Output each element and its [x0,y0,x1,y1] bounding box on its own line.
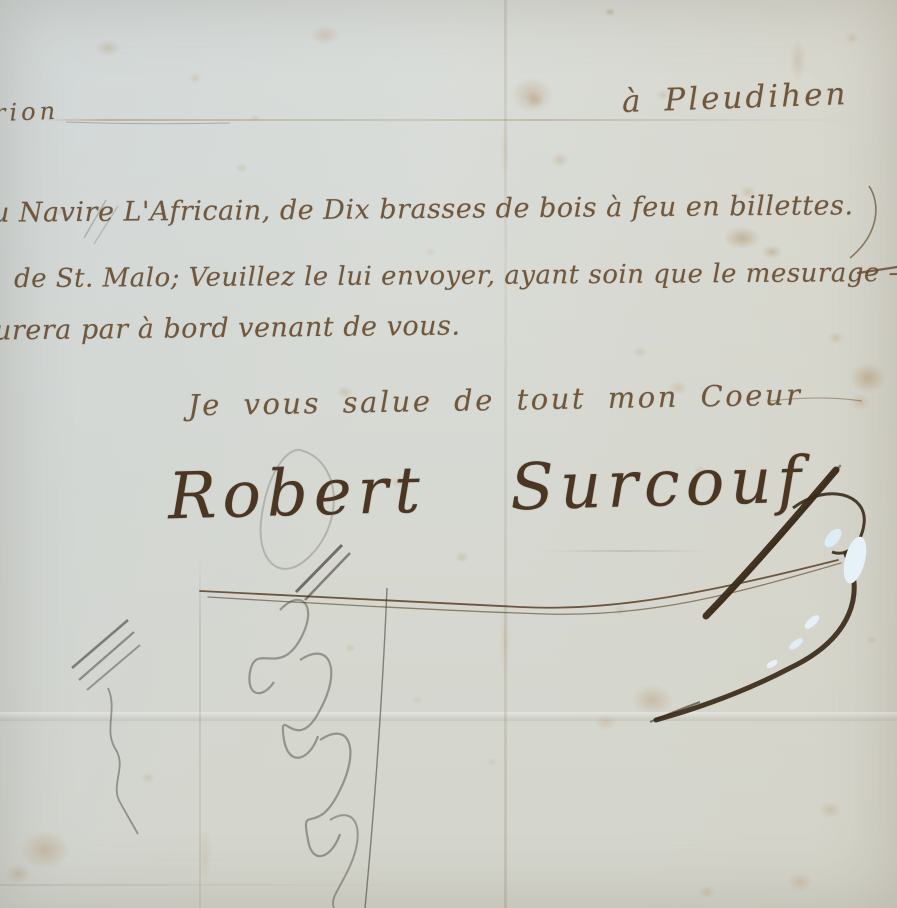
fold-crease-vertical-left [199,555,201,908]
fold-crease-horizontal-mid [540,550,710,552]
letter-body-line-2: de St. Malo; Veuillez le lui envoyer, ay… [14,258,897,294]
letter-photo: rion à Pleudihen u Navire L'Africain, de… [0,0,897,908]
fold-crease-horizontal-bottom [0,712,897,721]
letter-fragment-word: rion [0,97,60,127]
fold-crease-horizontal-lower [0,884,430,886]
fold-crease-horizontal-top [40,119,870,121]
letter-body-line-3: urera par à bord venant de vous. [0,311,461,347]
